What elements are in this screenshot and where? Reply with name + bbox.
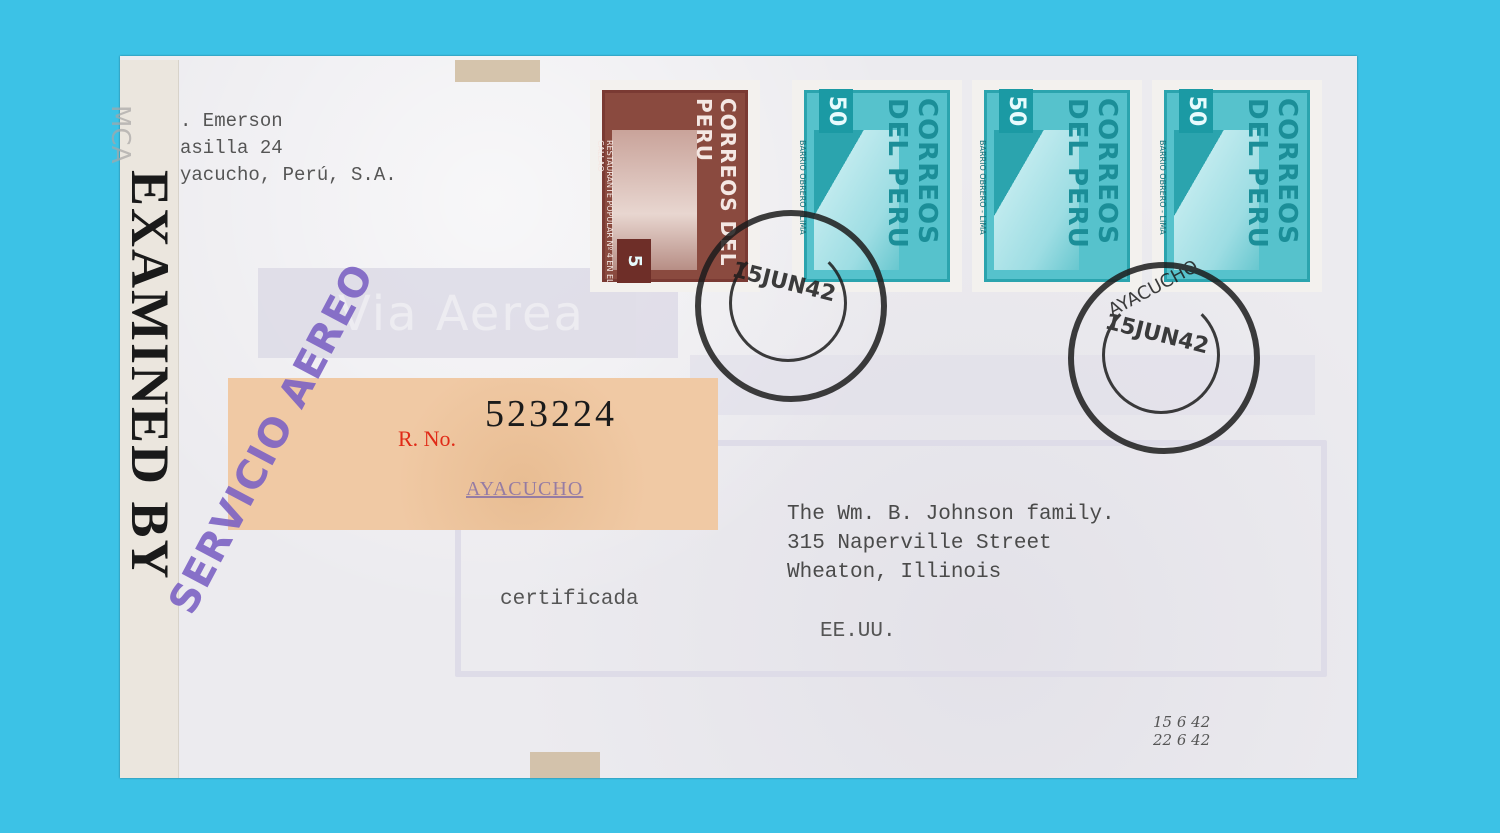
stamp-50cts: BARRIO OBRERO - LIMA CORREOS DEL PERU 50 [1152, 80, 1322, 292]
stamp-country: CORREOS DEL PERU [1062, 98, 1122, 292]
registration-office: AYACUCHO [466, 478, 583, 501]
recipient-address: The Wm. B. Johnson family. 315 Napervill… [787, 500, 1115, 587]
postmark: 15JUN42 [695, 210, 887, 402]
stamp-50cts: BARRIO OBRERO - LIMA CORREOS DEL PERU 50 [972, 80, 1142, 292]
sender-address: . Emerson asilla 24 yacucho, Perú, S.A. [180, 108, 397, 189]
tape-strip-top [455, 60, 540, 82]
pencil-date: 15 6 42 [1153, 713, 1210, 731]
recipient-line: The Wm. B. Johnson family. [787, 500, 1115, 529]
stamp-caption: BARRIO OBRERO - LIMA [1158, 140, 1167, 235]
stamp-caption: RESTAURANTE POPULAR Nº 4 EN EL CALLAO [596, 140, 614, 292]
recipient-line: 315 Naperville Street [787, 529, 1115, 558]
pencil-date: 22 6 42 [1153, 731, 1210, 749]
stamp-value: 50 [819, 89, 853, 133]
stamp-country: CORREOS DEL PERU [882, 98, 942, 292]
registration-prefix: R. No. [398, 426, 456, 452]
stamp-value: 50 [1179, 89, 1213, 133]
stamp-value: 50 [999, 89, 1033, 133]
sender-line: yacucho, Perú, S.A. [180, 162, 397, 189]
sender-line: . Emerson [180, 108, 397, 135]
stamp-caption: BARRIO OBRERO - LIMA [978, 140, 987, 235]
stamp-value: 5 [617, 239, 651, 283]
tape-strip-bottom [530, 752, 600, 778]
via-aerea-label: Via Aerea [338, 286, 585, 342]
certificada-label: certificada [500, 588, 639, 611]
sender-line: asilla 24 [180, 135, 397, 162]
registration-number: 523224 [485, 392, 617, 436]
censor-text: EXAMINED BY [123, 170, 177, 581]
postmark: AYACUCHO 15JUN42 [1068, 262, 1260, 454]
recipient-country: EE.UU. [820, 620, 896, 643]
pencil-dates: 15 6 42 22 6 42 [1153, 713, 1210, 749]
pencil-note: MCA [105, 105, 135, 163]
stamp-country: CORREOS DEL PERU [1242, 98, 1302, 292]
recipient-line: Wheaton, Illinois [787, 558, 1115, 587]
